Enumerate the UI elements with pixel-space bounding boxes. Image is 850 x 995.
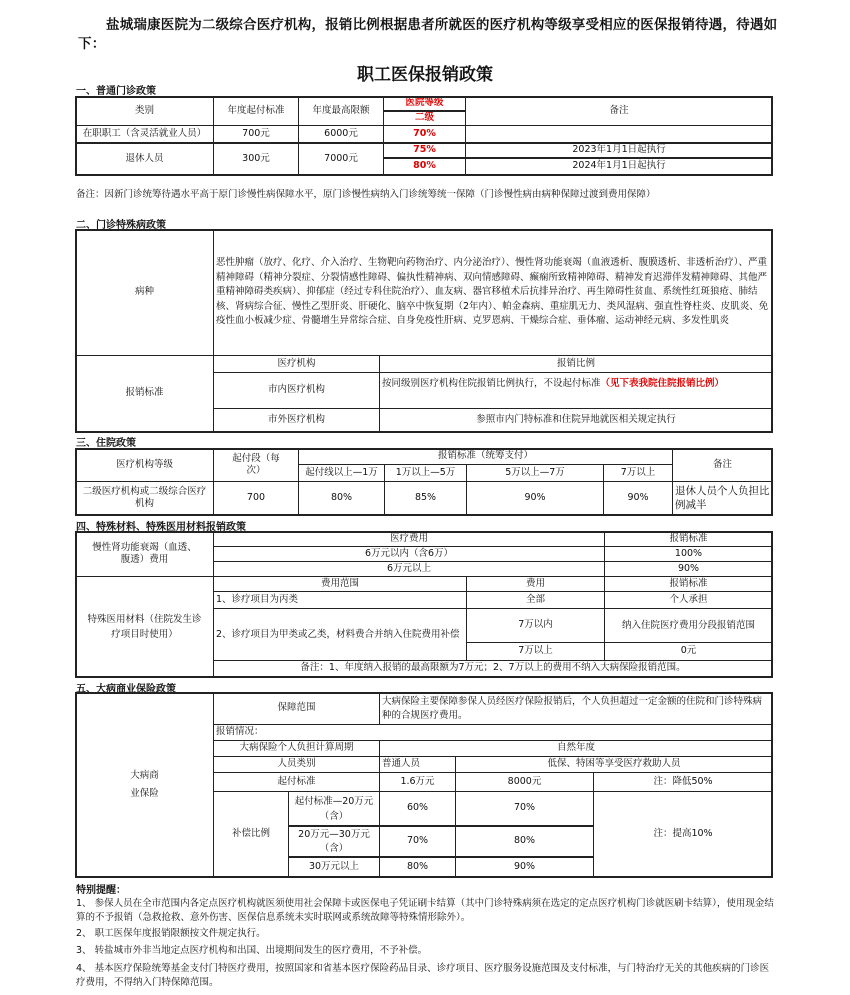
- rate-band-4: 90%: [603, 481, 673, 515]
- row-retired-remark-2024: 2024年1月1日起执行: [465, 158, 773, 175]
- row-retired-rate-2024: 80%: [383, 158, 466, 175]
- col-ratio: 报销比例: [379, 355, 773, 373]
- header-grade: 医院等级: [383, 96, 466, 112]
- materials-scope-2: 2、诊疗项目为甲类或乙类，材料费合并纳入住院费用补偿: [213, 608, 467, 661]
- comp-band-2: 20万元—30万元（含）: [288, 825, 380, 858]
- comp-label: 补偿比例: [213, 791, 289, 877]
- dialysis-col-cost: 医疗费用: [213, 531, 605, 547]
- dialysis-cost-1: 6万元以内（含6万）: [213, 546, 605, 562]
- standard-label: 报销标准: [75, 355, 214, 432]
- disease-list: 恶性肿瘤（放疗、化疗、介入治疗、生物靶向药物治疗、内分泌治疗）、慢性肾功能衰竭（…: [213, 229, 773, 356]
- comp-normal-3: 80%: [379, 857, 456, 877]
- reminder-heading: 特别提醒：: [76, 881, 126, 896]
- row-retired-remark-2023: 2023年1月1日起执行: [465, 142, 773, 159]
- materials-note: 备注：1、年度纳入报销的最高限额为7万元；2、7万以上的费用不纳入大病保险报销范…: [213, 660, 773, 677]
- deductible-normal: 1.6万元: [379, 772, 456, 792]
- deductible-note: 注：降低50%: [593, 772, 773, 792]
- dialysis-col-standard: 报销标准: [604, 531, 773, 547]
- header-grade-sub: 二级: [383, 111, 466, 126]
- band-4: 7万以上: [603, 464, 673, 482]
- rate-band-3: 90%: [466, 481, 604, 515]
- section-3-heading-text: 三、住院政策: [76, 434, 136, 449]
- header-level: 医疗机构等级: [75, 448, 214, 482]
- materials-label: 特殊医用材料（住院发生诊疗项目时使用）: [75, 576, 214, 677]
- people-label: 人员类别: [213, 756, 380, 773]
- dialysis-cost-2: 6万元以上: [213, 561, 605, 577]
- row-local-ratio: 按同级别医疗机构住院报销比例执行，不设起付标准（见下表我院住院报销比例）: [379, 372, 773, 409]
- row-level: 二级医疗机构或二级综合医疗机构: [75, 481, 214, 515]
- people-aid: 低保、特困等享受医疗救助人员: [455, 756, 773, 773]
- comp-aid-1: 70%: [455, 791, 594, 826]
- row-employed-rate: 70%: [383, 125, 466, 143]
- band-2: 1万以上—5万: [384, 464, 467, 482]
- header-category: 类别: [75, 96, 214, 126]
- materials-cost-1: 全部: [466, 591, 605, 609]
- period-label: 大病保险个人负担计算周期: [213, 740, 380, 757]
- comp-normal-1: 60%: [379, 791, 456, 826]
- row-inpatient-remark: 退休人员个人负担比例减半: [672, 481, 773, 515]
- materials-col-standard: 报销标准: [604, 576, 773, 592]
- deductible-label: 起付标准: [213, 772, 380, 792]
- row-outside-institution: 市外医疗机构: [213, 408, 380, 432]
- band-3: 5万以上—7万: [466, 464, 604, 482]
- row-local-ratio-highlight: （见下表我院住院报销比例）: [601, 378, 725, 389]
- dialysis-standard-2: 90%: [604, 561, 773, 577]
- rate-band-1: 80%: [298, 481, 385, 515]
- situation-label: 报销情况：: [213, 724, 773, 741]
- row-local-institution: 市内医疗机构: [213, 372, 380, 409]
- materials-col-scope: 费用范围: [213, 576, 467, 592]
- dialysis-label: 慢性肾功能衰竭（血透、腹透）费用: [75, 531, 214, 577]
- header-standard: 报销标准（统筹支付）: [298, 448, 673, 465]
- scope-text: 大病保险主要保障参保人员经医疗保险报销后，个人负担超过一定金额的住院和门诊特殊病…: [379, 692, 773, 725]
- row-local-ratio-text: 按同级别医疗机构住院报销比例执行，不设起付标准: [382, 378, 601, 389]
- section-1-heading: 一、普通门诊政策: [76, 82, 156, 97]
- row-employed-category: 在职职工（含灵活就业人员）: [75, 125, 214, 143]
- deductible-aid: 8000元: [455, 772, 594, 792]
- reminder-item-1: 1、 参保人员在全市范围内各定点医疗机构就医须使用社会保障卡或医保电子凭证刷卡结…: [76, 897, 776, 925]
- scope-label: 保障范围: [213, 692, 380, 725]
- period-value: 自然年度: [379, 740, 773, 757]
- materials-standard-1: 个人承担: [604, 591, 773, 609]
- materials-standard-2b: 0元: [604, 642, 773, 661]
- header-inpatient-deductible: 起付段（每次）: [213, 448, 299, 482]
- comp-band-3: 30万元以上: [288, 857, 380, 877]
- disease-label: 病种: [75, 229, 214, 356]
- row-retired-deductible: 300元: [213, 142, 299, 175]
- materials-col-cost: 费用: [466, 576, 605, 592]
- reminder-item-3: 3、 转盐城市外非当地定点医疗机构和出国、出境期间发生的医疗费用，不予补偿。: [76, 944, 776, 958]
- col-institution: 医疗机构: [213, 355, 380, 373]
- header-cap: 年度最高限额: [298, 96, 384, 126]
- row-retired-category: 退休人员: [75, 142, 214, 175]
- header-inpatient-remark: 备注: [672, 448, 773, 482]
- header-deductible: 年度起付标准: [213, 96, 299, 126]
- materials-cost-2a: 7万以内: [466, 608, 605, 643]
- comp-note: 注：提高10%: [593, 791, 773, 877]
- rate-band-2: 85%: [384, 481, 467, 515]
- materials-standard-2a: 纳入住院医疗费用分段报销范围: [604, 608, 773, 643]
- reminder-item-2: 2、 职工医保年度报销限额按文件规定执行。: [76, 927, 776, 941]
- critical-illness-label: 大病商业保险: [75, 692, 214, 877]
- comp-band-1: 起付标准—20万元（含）: [288, 791, 380, 826]
- comp-aid-2: 80%: [455, 825, 594, 858]
- row-employed-cap: 6000元: [298, 125, 384, 143]
- row-retired-rate-2023: 75%: [383, 142, 466, 159]
- people-normal: 普通人员: [379, 756, 456, 773]
- materials-cost-2b: 7万以上: [466, 642, 605, 661]
- dialysis-standard-1: 100%: [604, 546, 773, 562]
- row-employed-deductible: 700元: [213, 125, 299, 143]
- header-remark: 备注: [465, 96, 773, 126]
- row-inpatient-deductible: 700: [213, 481, 299, 515]
- comp-normal-2: 70%: [379, 825, 456, 858]
- row-retired-cap: 7000元: [298, 142, 384, 175]
- band-1: 起付线以上—1万: [298, 464, 385, 482]
- row-employed-remark: [465, 125, 773, 143]
- reminder-item-4: 4、 基本医疗保险统筹基金支付门特医疗费用，按照国家和省基本医疗保险药品目录、诊…: [76, 962, 776, 990]
- intro-paragraph: 盐城瑞康医院为二级综合医疗机构，报销比例根据患者所就医的医疗机构等级享受相应的医…: [78, 16, 778, 54]
- comp-aid-3: 90%: [455, 857, 594, 877]
- row-outside-ratio: 参照市内门特标准和住院异地就医相关规定执行: [379, 408, 773, 432]
- section-1-note: 备注：因新门诊统筹待遇水平高于原门诊慢性病保障水平，原门诊慢性病纳入门诊统筹统一…: [76, 186, 656, 200]
- materials-scope-1: 1、诊疗项目为丙类: [213, 591, 467, 609]
